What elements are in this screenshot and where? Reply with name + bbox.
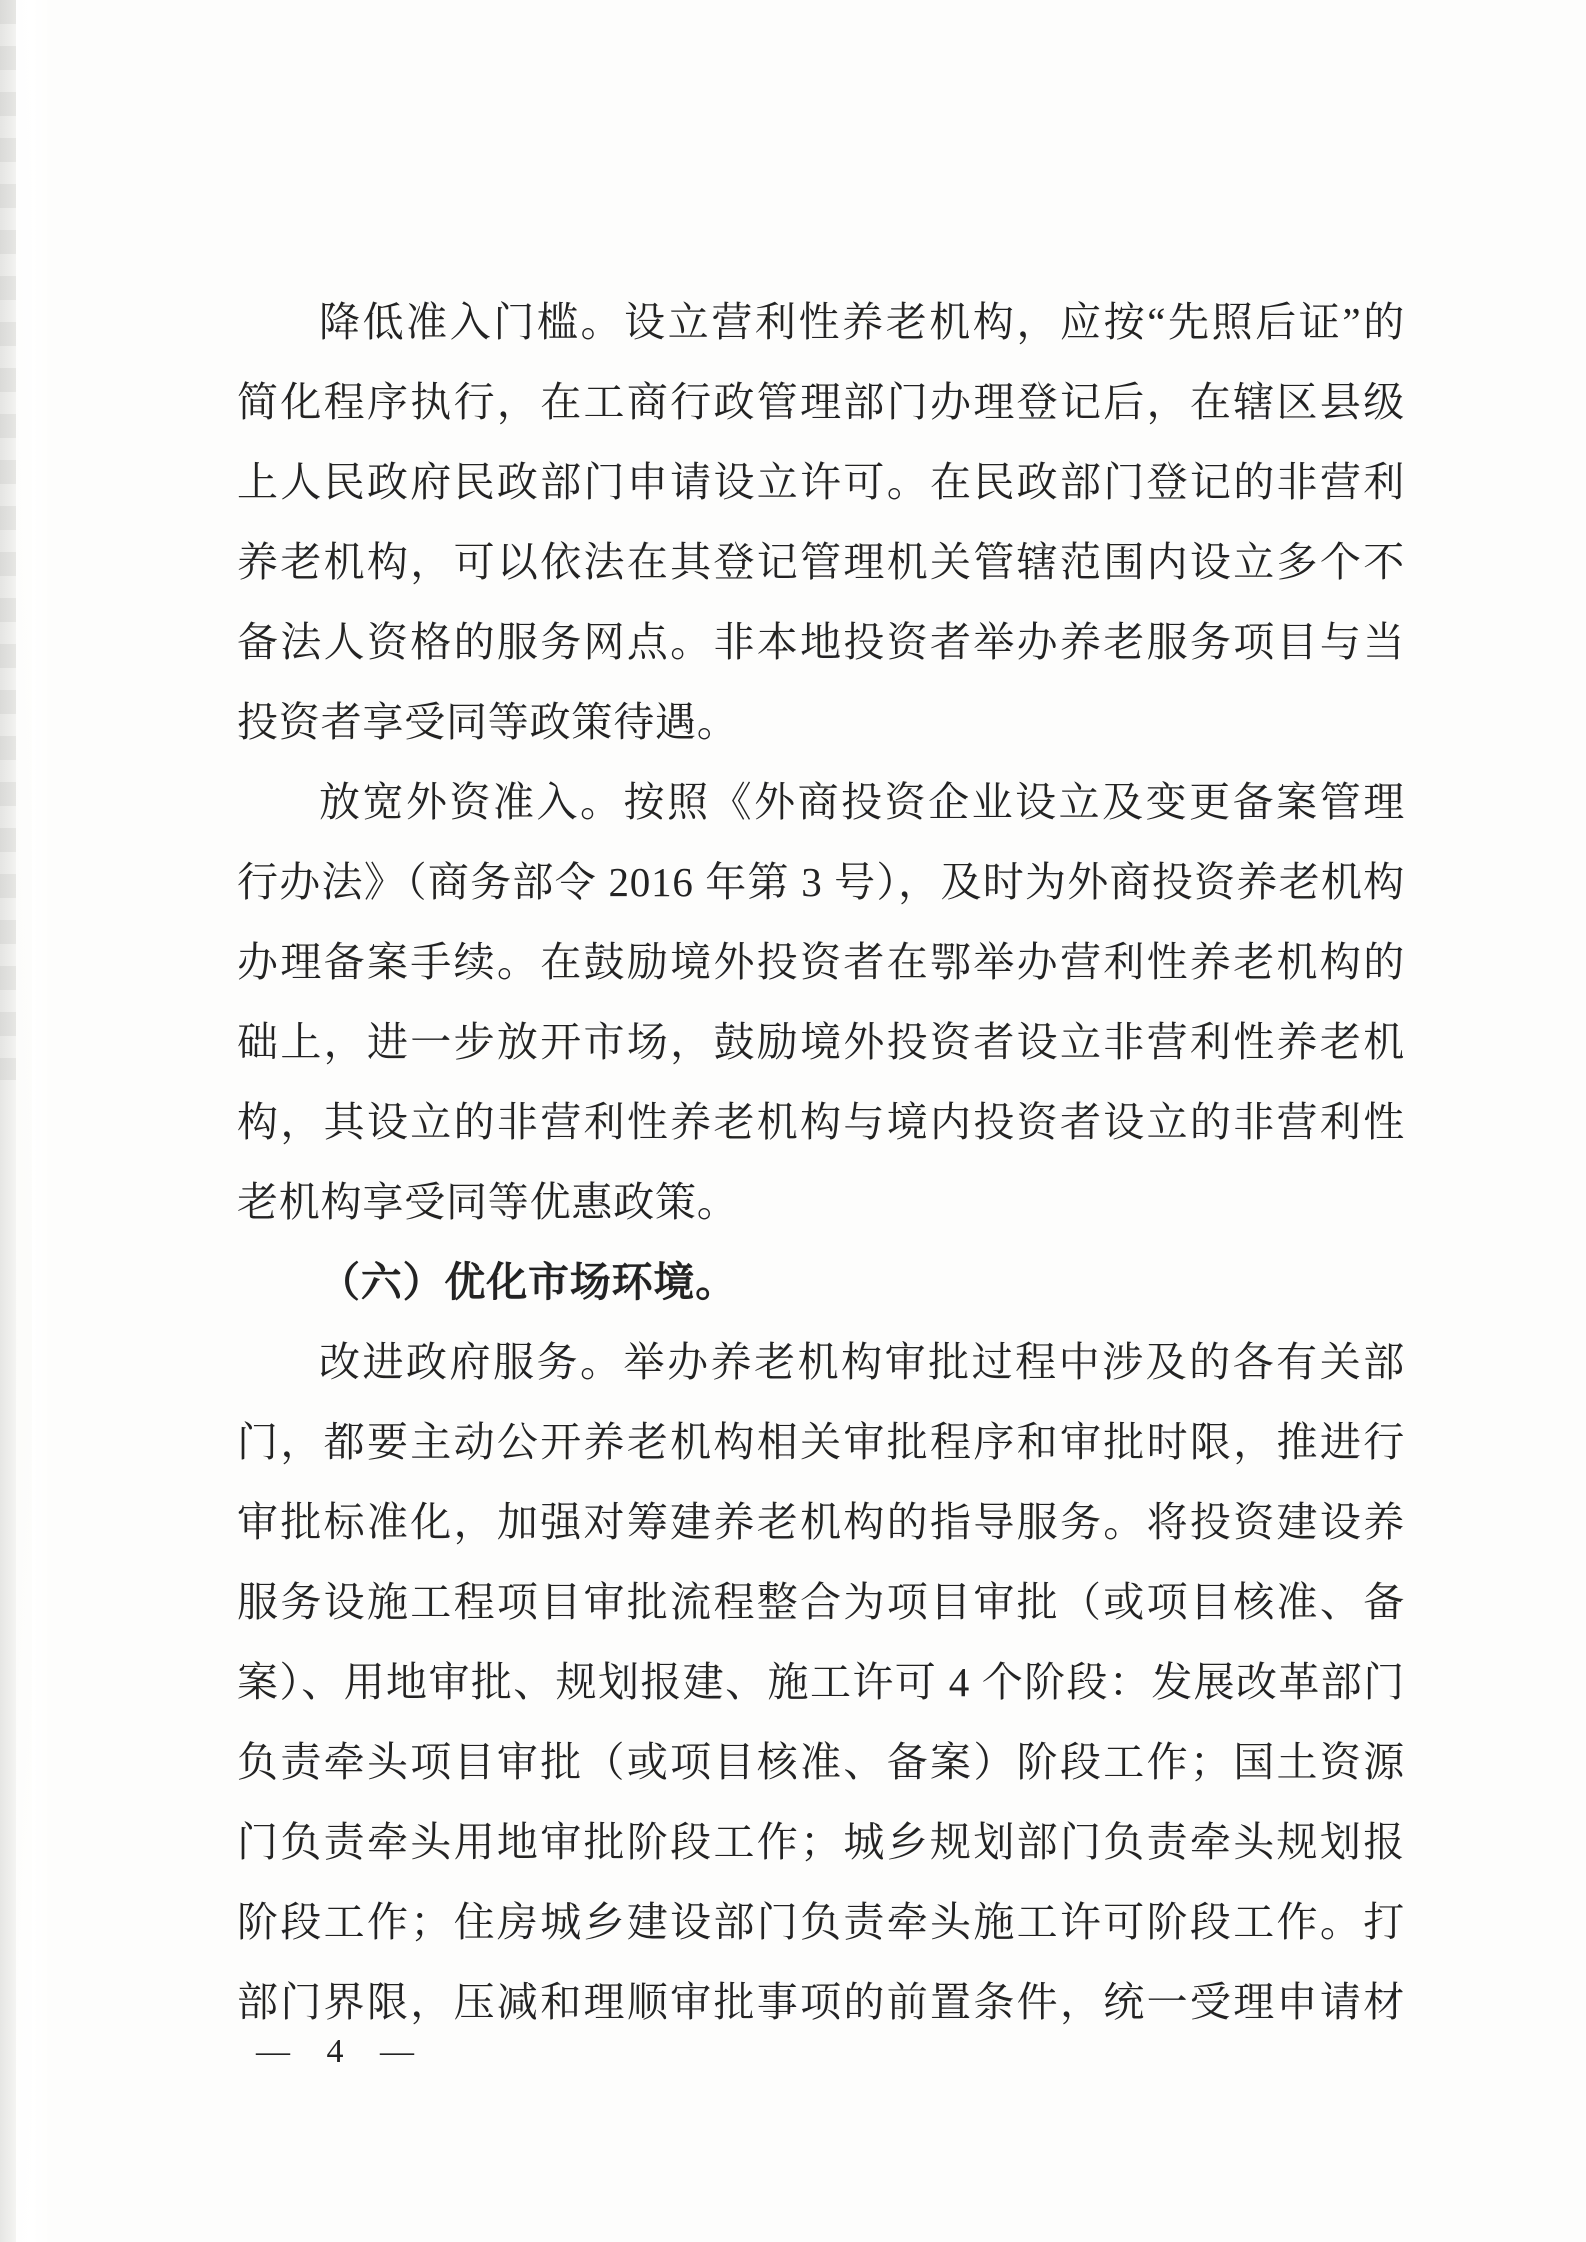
text-line: 备法人资格的服务网点。非本地投资者举办养老服务项目与当地: [237, 602, 1405, 682]
text-line: 构，其设立的非营利性养老机构与境内投资者设立的非营利性养: [237, 1082, 1405, 1162]
page-number: — 4 —: [256, 2022, 421, 2082]
text-line: 上人民政府民政部门申请设立许可。在民政部门登记的非营利性: [237, 442, 1405, 522]
text-line: 门，都要主动公开养老机构相关审批程序和审批时限，推进行政: [237, 1402, 1405, 1482]
text-line: 行办法》（商务部令 2016 年第 3 号），及时为外商投资养老机构: [237, 842, 1405, 922]
scan-edge-highlight: [16, 0, 32, 2242]
text-line: 础上，进一步放开市场，鼓励境外投资者设立非营利性养老机: [237, 1002, 1405, 1082]
text-line: 负责牵头项目审批（或项目核准、备案）阶段工作；国土资源部: [237, 1722, 1405, 1802]
section-heading-line: （六）优化市场环境。: [237, 1242, 1405, 1322]
text-line: 降低准入门槛。设立营利性养老机构，应按“先照后证”的: [237, 282, 1405, 362]
document-text-block: 降低准入门槛。设立营利性养老机构，应按“先照后证”的简化程序执行，在工商行政管理…: [237, 282, 1405, 2042]
text-line: 阶段工作；住房城乡建设部门负责牵头施工许可阶段工作。打破: [237, 1882, 1405, 1962]
text-line: 简化程序执行，在工商行政管理部门办理登记后，在辖区县级以: [237, 362, 1405, 442]
text-line: 门负责牵头用地审批阶段工作；城乡规划部门负责牵头规划报建: [237, 1802, 1405, 1882]
text-line: 办理备案手续。在鼓励境外投资者在鄂举办营利性养老机构的基: [237, 922, 1405, 1002]
text-line: 案）、用地审批、规划报建、施工许可 4 个阶段：发展改革部门: [237, 1642, 1405, 1722]
text-line: 投资者享受同等政策待遇。: [237, 682, 1405, 762]
text-line: 老机构享受同等优惠政策。: [237, 1162, 1405, 1242]
text-line: 养老机构，可以依法在其登记管理机关管辖范围内设立多个不具: [237, 522, 1405, 602]
text-line: 改进政府服务。举办养老机构审批过程中涉及的各有关部: [237, 1322, 1405, 1402]
scan-edge-shading: [0, 0, 52, 2242]
scanned-document-page: 降低准入门槛。设立营利性养老机构，应按“先照后证”的简化程序执行，在工商行政管理…: [0, 0, 1586, 2242]
text-line: 审批标准化，加强对筹建养老机构的指导服务。将投资建设养老: [237, 1482, 1405, 1562]
text-line: 服务设施工程项目审批流程整合为项目审批（或项目核准、备: [237, 1562, 1405, 1642]
scan-edge-artifact: [0, 0, 16, 1080]
text-line: 放宽外资准入。按照《外商投资企业设立及变更备案管理暂: [237, 762, 1405, 842]
